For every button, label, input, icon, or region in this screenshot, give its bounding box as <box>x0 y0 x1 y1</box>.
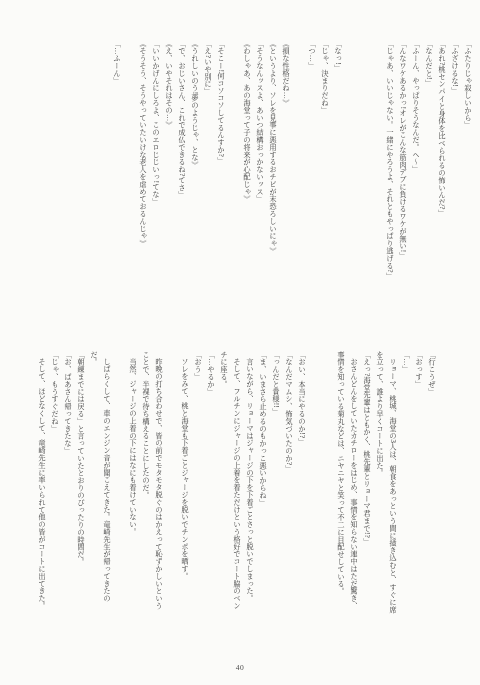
text-line: 「いいかげんにしろよ、このエロじじいっ!てな」 <box>149 40 162 288</box>
text-line: 当然、ジャージの上着の下にはなにも着けていない。 <box>126 351 139 617</box>
text-line: 「えっ?海堂先輩はともかく、桃先輩とリョーマ君まで!?」 <box>360 351 373 617</box>
narrative-section-bottom: 「行こうぜ」「おっす」「…」リョーマ、桃城、海堂の3人は、朝食をあっという間に掻… <box>35 351 438 617</box>
text-line: 「え?いや別に」 <box>201 40 214 288</box>
text-line: そして、フルチンにジャージの上着を着ただけという格好でコート脇のベンチに座る。 <box>217 351 243 617</box>
text-line: 「じゃ、もうすぐだね」 <box>48 351 61 617</box>
text-line: 「そうなんッスよ、あいつ結構おっかないッス」 <box>253 40 266 288</box>
page-number: 40 <box>0 663 480 672</box>
text-line: 言いながら、リョーマはジャージの下を下着ごとさっと脱いでしまった。 <box>243 351 256 617</box>
text-line: 「…ふーん」 <box>110 40 123 288</box>
text-line: 「なんだと!」 <box>422 40 435 288</box>
text-line: 「ふたりじゃ寂しいから」 <box>461 40 474 288</box>
text-line: 「お、ばあさん帰ってきたな」 <box>61 351 74 617</box>
text-line: 「…やるか」 <box>204 351 217 617</box>
text-line: ソレをみて、桃と海堂も下着ごとジャージを脱いでチンポを晒す。 <box>178 351 191 617</box>
text-line: おさんどんをしていたカチローをはじめ、事情を知らない連中はただ驚き、事情を知って… <box>334 351 360 617</box>
text-line: 「あれ?桃センパイと身体を比べられるの怖いんだ?」 <box>435 40 448 288</box>
text-line: 《というより、ソレを見事に悪用するおチビが末恐ろしいにゃ》 <box>266 40 279 288</box>
text-line: 「おう」 <box>191 351 204 617</box>
text-line: 「っんだと貴様!!」 <box>269 351 282 617</box>
text-line: 「ま、いまさら止めるのもかっこ悪いからね」 <box>256 351 269 617</box>
text-line: 「じゃ、決まりだね」 <box>318 40 331 288</box>
text-line: そして、ほどなくして、竜崎先生に率いられて他の皆がコートに出てきた。 <box>35 351 48 617</box>
text-line: 「おい、本当にやるのか!?」 <box>295 351 308 617</box>
text-line: しばらくして、車のエンジン音が聞こえてきた。竜崎先生が帰ってきたのだ。 <box>87 351 113 617</box>
text-line: 《うれしいのう!夢のようじゃ、とな》 <box>188 40 201 288</box>
text-line: 《わしゃあ、あの海堂って子の将来が心配じゃ》 <box>240 40 253 288</box>
text-line: 「で、おじいさん、これで成仏できるね?てさ」 <box>175 40 188 288</box>
text-line: 「おっす」 <box>412 351 425 617</box>
text-line: 「ふーん、やっぱりそうなんだ。ヘ〜」 <box>409 40 422 288</box>
text-line: 「…」 <box>399 351 412 617</box>
text-line: 「なんだマムシ、怖気づいたのか?」 <box>282 351 295 617</box>
text-line: 「つ…」 <box>305 40 318 288</box>
text-line: 昨晩の打ち合わせで、皆の前でモタモタ脱ぐのはかえって恥ずかしいということで、半裸… <box>139 351 165 617</box>
text-line: 「ふざけるな!」 <box>448 40 461 288</box>
text-line: 《そうそう、そうやっていたいけな老人を虐めておるんじゃ》 <box>136 40 149 288</box>
text-line: 《え、いやそれはその…》 <box>162 40 175 288</box>
text-line: 《損な性格だね…》 <box>279 40 292 288</box>
text-line: 「じゃあ、いいじゃない。一緒にやろうよ、それともやっぱり逃げる?」 <box>383 40 396 288</box>
text-line: 「行こうぜ」 <box>425 351 438 617</box>
text-line: リョーマ、桃城、海堂の3人は、朝食をあっという間に掻き込むと、すぐに席を立って、… <box>373 351 399 617</box>
text-line: 「そこー!何コソコソしてるんすか?」 <box>214 40 227 288</box>
text-line: 「なっ!」 <box>331 40 344 288</box>
dialogue-section-top: 「ふたりじゃ寂しいから」「ふざけるな!」「あれ?桃センパイと身体を比べられるの怖… <box>110 40 474 288</box>
text-line: 「んなワケあるかっ!オレがこんな筋肉デブに負けるワケが無い!」 <box>396 40 409 288</box>
manuscript-page: 「ふたりじゃ寂しいから」「ふざけるな!」「あれ?桃センパイと身体を比べられるの怖… <box>0 0 480 685</box>
text-line: 「朝練までには戻る」と言っていたとおりのぴったりの時間だ。 <box>74 351 87 617</box>
